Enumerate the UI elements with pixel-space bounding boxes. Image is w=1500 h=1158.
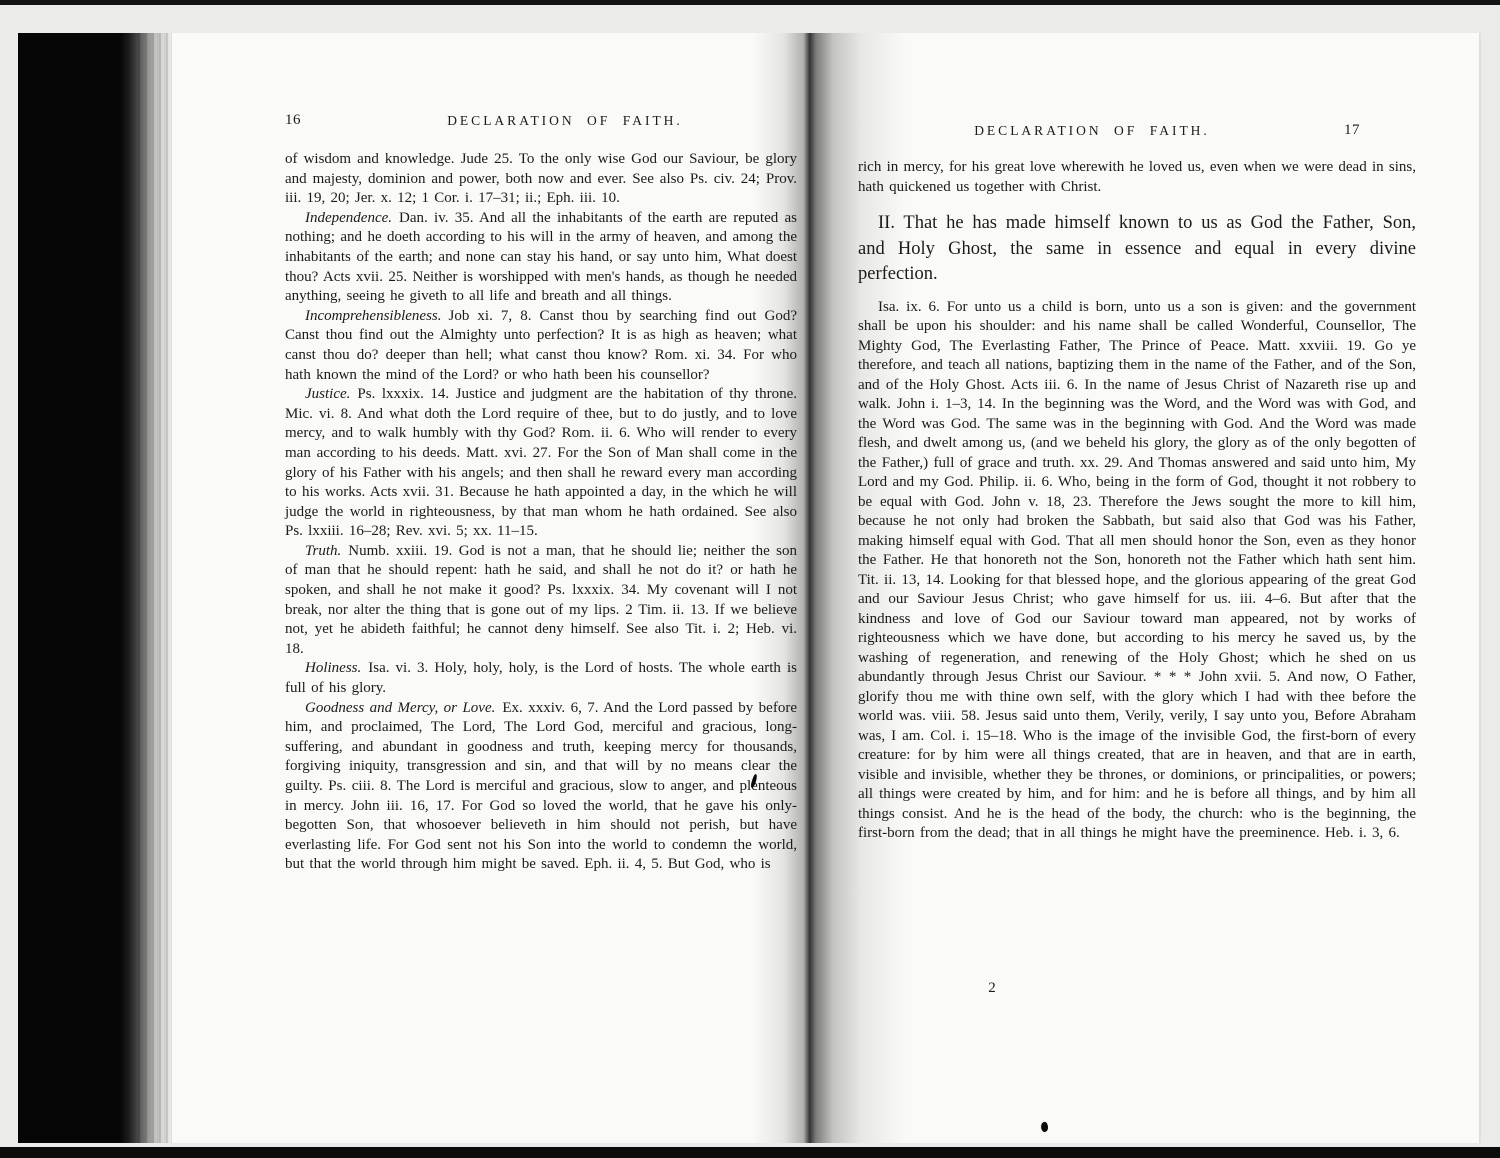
signature-number: 2 bbox=[713, 980, 1271, 997]
paragraph: Holiness.Isa. vi. 3. Holy, holy, holy, i… bbox=[285, 659, 797, 698]
section-heading: II. That he has made himself known to us… bbox=[858, 211, 1416, 288]
paragraph: Truth.Numb. xxiii. 19. God is not a man,… bbox=[285, 542, 797, 660]
paragraph-lead: Truth. bbox=[305, 543, 341, 559]
page-number-left: 16 bbox=[285, 112, 301, 129]
paragraph-lead: Justice. bbox=[305, 386, 350, 402]
paragraph-lead: Holiness. bbox=[305, 660, 361, 676]
paragraph: Independence.Dan. iv. 35. And all the in… bbox=[285, 209, 797, 307]
page-right-edge bbox=[1479, 33, 1481, 1143]
paragraph: Justice.Ps. lxxxix. 14. Justice and judg… bbox=[285, 385, 797, 542]
paragraph: Goodness and Mercy, or Love.Ex. xxxiv. 6… bbox=[285, 699, 797, 875]
paragraph: Isa. ix. 6. For unto us a child is born,… bbox=[858, 298, 1416, 844]
running-title-right: DECLARATION OF FAITH. bbox=[813, 123, 1371, 139]
left-page: 16 DECLARATION OF FAITH. of wisdom and k… bbox=[285, 112, 797, 875]
paragraph-lead: Goodness and Mercy, or Love. bbox=[305, 700, 495, 716]
page-number-right: 17 bbox=[1344, 122, 1360, 139]
right-page: DECLARATION OF FAITH. 17 rich in mercy, … bbox=[858, 122, 1416, 844]
running-title-left: DECLARATION OF FAITH. bbox=[309, 113, 821, 129]
paragraph-lead: Incomprehensibleness. bbox=[305, 308, 442, 324]
paragraph: of wisdom and knowledge. Jude 25. To the… bbox=[285, 150, 797, 209]
right-page-header: DECLARATION OF FAITH. 17 bbox=[858, 122, 1416, 142]
scan-bottom-border bbox=[0, 1147, 1500, 1158]
left-page-header: 16 DECLARATION OF FAITH. bbox=[285, 112, 797, 132]
right-page-body: rich in mercy, for his great love wherew… bbox=[858, 158, 1416, 844]
scan-top-border bbox=[0, 0, 1500, 5]
left-page-body: of wisdom and knowledge. Jude 25. To the… bbox=[285, 150, 797, 875]
paragraph: rich in mercy, for his great love wherew… bbox=[858, 158, 1416, 197]
scanned-book-spread: 16 DECLARATION OF FAITH. of wisdom and k… bbox=[0, 0, 1500, 1158]
scan-edge-band bbox=[18, 33, 172, 1143]
paragraph: Incomprehensibleness.Job xi. 7, 8. Canst… bbox=[285, 307, 797, 385]
paragraph-lead: Independence. bbox=[305, 210, 392, 226]
